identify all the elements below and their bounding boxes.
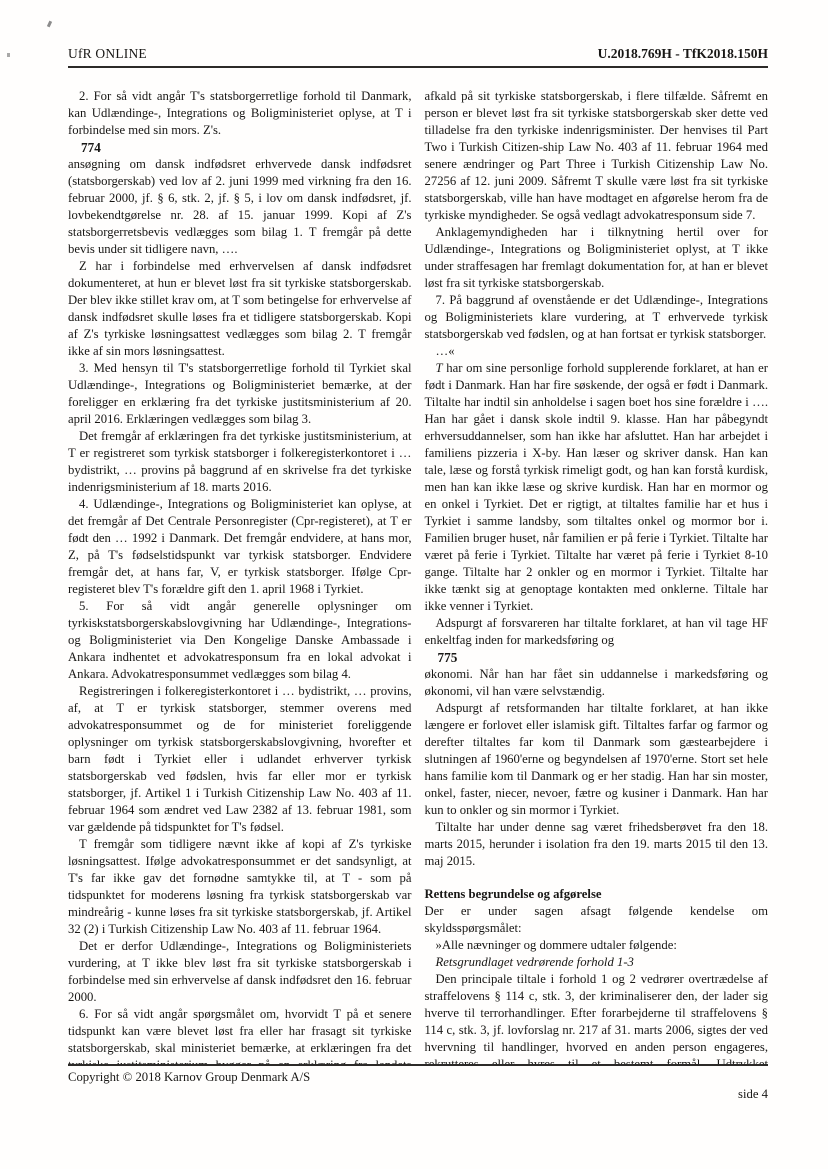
paragraph: Der er under sagen afsagt følgende kende… [425,903,769,937]
paragraph: Den principale tiltale i forhold 1 og 2 … [425,971,769,1064]
lead-italic-letter: T [436,361,443,375]
column-left: 2. For så vidt angår T's statsborgerretl… [68,88,412,1064]
paragraph: Z har i forbindelse med erhvervelsen af … [68,258,412,360]
paragraph: ansøgning om dansk indfødsret erhvervede… [68,156,412,258]
page-footer: Copyright © 2018 Karnov Group Denmark A/… [68,1064,768,1102]
scan-artifact [7,53,10,57]
paragraph: Tiltalte har under denne sag været frihe… [425,819,769,870]
scan-artifact [47,21,52,28]
paragraph: …« [425,343,769,360]
paragraph: 4. Udlændinge-, Integrations og Boligmin… [68,496,412,598]
section-heading: Rettens begrundelse og afgørelse [425,870,769,903]
paragraph: økonomi. Når han har fået sin uddannelse… [425,666,769,700]
paragraph: Adspurgt af forsvareren har tiltalte for… [425,615,769,649]
paragraph: Det fremgår af erklæringen fra det tyrki… [68,428,412,496]
page-marker: 775 [425,649,769,666]
paragraph: T har om sine personlige forhold suppler… [425,360,769,615]
paragraph: 7. På baggrund af ovenstående er det Udl… [425,292,769,343]
paragraph: T fremgår som tidligere nævnt ikke af ko… [68,836,412,938]
column-right: afkald på sit tyrkiske statsborgerskab, … [425,88,769,1064]
header-rule [68,66,768,68]
journal-title: UfR ONLINE [68,46,147,62]
content-columns: 2. For så vidt angår T's statsborgerretl… [68,88,768,1064]
paragraph: Registreringen i folkeregisterkontoret i… [68,683,412,836]
page-header: UfR ONLINE U.2018.769H - TfK2018.150H [68,46,768,68]
paragraph: 2. For så vidt angår T's statsborgerretl… [68,88,412,139]
paragraph: afkald på sit tyrkiske statsborgerskab, … [425,88,769,224]
paragraph: Det er derfor Udlændinge-, Integrations … [68,938,412,1006]
paragraph: Anklagemyndigheden har i tilknytning her… [425,224,769,292]
case-reference: U.2018.769H - TfK2018.150H [598,46,768,62]
document-page: UfR ONLINE U.2018.769H - TfK2018.150H 2.… [0,0,828,1169]
page-marker: 774 [68,139,412,156]
paragraph: »Alle nævninger og dommere udtaler følge… [425,937,769,954]
paragraph: 3. Med hensyn til T's statsborgerretlige… [68,360,412,428]
paragraph: 5. For så vidt angår generelle oplysning… [68,598,412,683]
paragraph: 6. For så vidt angår spørgsmålet om, hvo… [68,1006,412,1064]
paragraph: Retsgrundlaget vedrørende forhold 1-3 [425,954,769,971]
page-number-label: side 4 [68,1086,768,1102]
paragraph: Adspurgt af retsformanden har tiltalte f… [425,700,769,819]
footer-rule [68,1064,768,1066]
copyright-text: Copyright © 2018 Karnov Group Denmark A/… [68,1069,768,1085]
